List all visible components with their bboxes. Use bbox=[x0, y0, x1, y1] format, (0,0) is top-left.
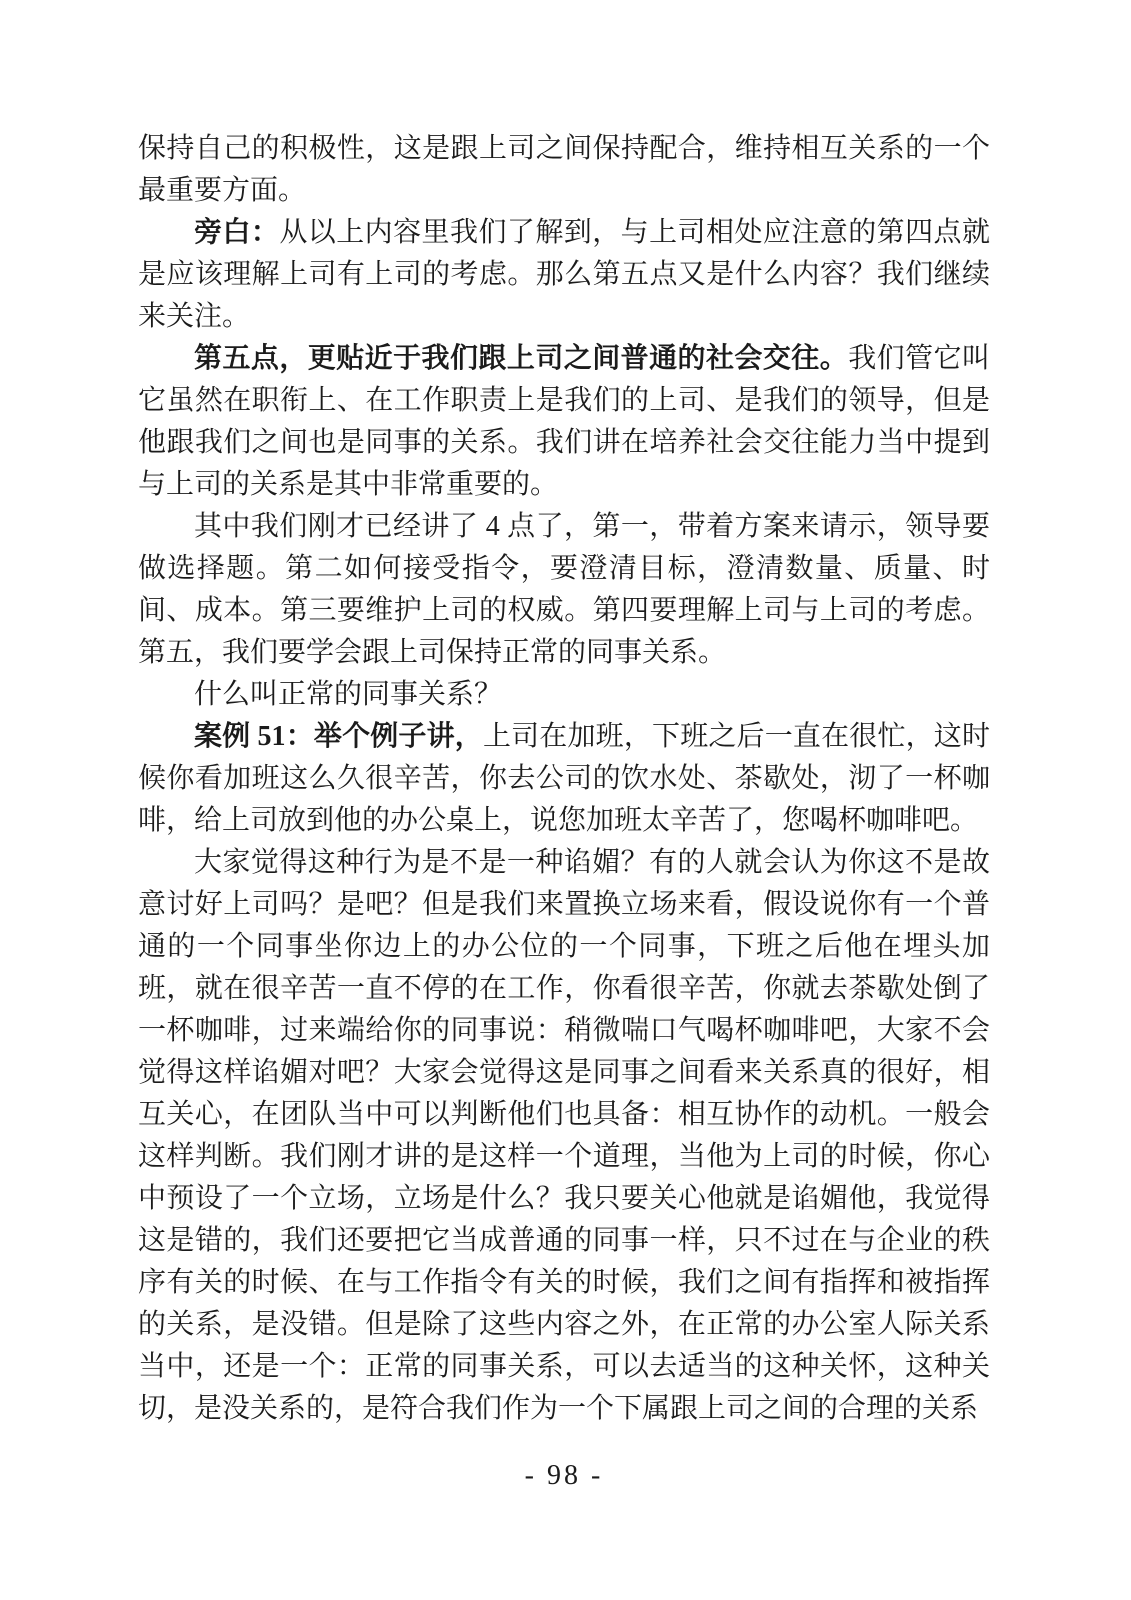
body-text-run: 其中我们刚才已经讲了 4 点了，第一，带着方案来请示，领导要做选择题。第二如何接… bbox=[138, 511, 990, 668]
emphasis-text-run: 旁白： bbox=[194, 217, 279, 248]
document-page: 保持自己的积极性，这是跟上司之间保持配合，维持相互关系的一个最重要方面。旁白：从… bbox=[0, 0, 1131, 1600]
paragraph: 保持自己的积极性，这是跟上司之间保持配合，维持相互关系的一个最重要方面。 bbox=[138, 128, 990, 212]
emphasis-text-run: 案例 51：举个例子讲， bbox=[194, 721, 483, 752]
paragraph: 旁白：从以上内容里我们了解到，与上司相处应注意的第四点就是应该理解上司有上司的考… bbox=[138, 212, 990, 338]
page-footer: - 98 - bbox=[138, 1460, 990, 1492]
paragraph: 第五点，更贴近于我们跟上司之间普通的社会交往。我们管它叫它虽然在职衔上、在工作职… bbox=[138, 338, 990, 506]
page-text-block: 保持自己的积极性，这是跟上司之间保持配合，维持相互关系的一个最重要方面。旁白：从… bbox=[138, 128, 990, 1430]
body-text-run: 大家觉得这种行为是不是一种谄媚？有的人就会认为你这不是故意讨好上司吗？是吧？但是… bbox=[138, 847, 990, 1424]
body-text-run: 什么叫正常的同事关系？ bbox=[194, 679, 502, 710]
paragraph: 大家觉得这种行为是不是一种谄媚？有的人就会认为你这不是故意讨好上司吗？是吧？但是… bbox=[138, 842, 990, 1430]
paragraph: 案例 51：举个例子讲，上司在加班，下班之后一直在很忙，这时候你看加班这么久很辛… bbox=[138, 716, 990, 842]
body-text-run: 保持自己的积极性，这是跟上司之间保持配合，维持相互关系的一个最重要方面。 bbox=[138, 133, 990, 206]
emphasis-text-run: 第五点，更贴近于我们跟上司之间普通的社会交往。 bbox=[194, 343, 848, 374]
paragraph: 什么叫正常的同事关系？ bbox=[138, 674, 990, 716]
paragraph: 其中我们刚才已经讲了 4 点了，第一，带着方案来请示，领导要做选择题。第二如何接… bbox=[138, 506, 990, 674]
page-number: - 98 - bbox=[525, 1460, 604, 1491]
